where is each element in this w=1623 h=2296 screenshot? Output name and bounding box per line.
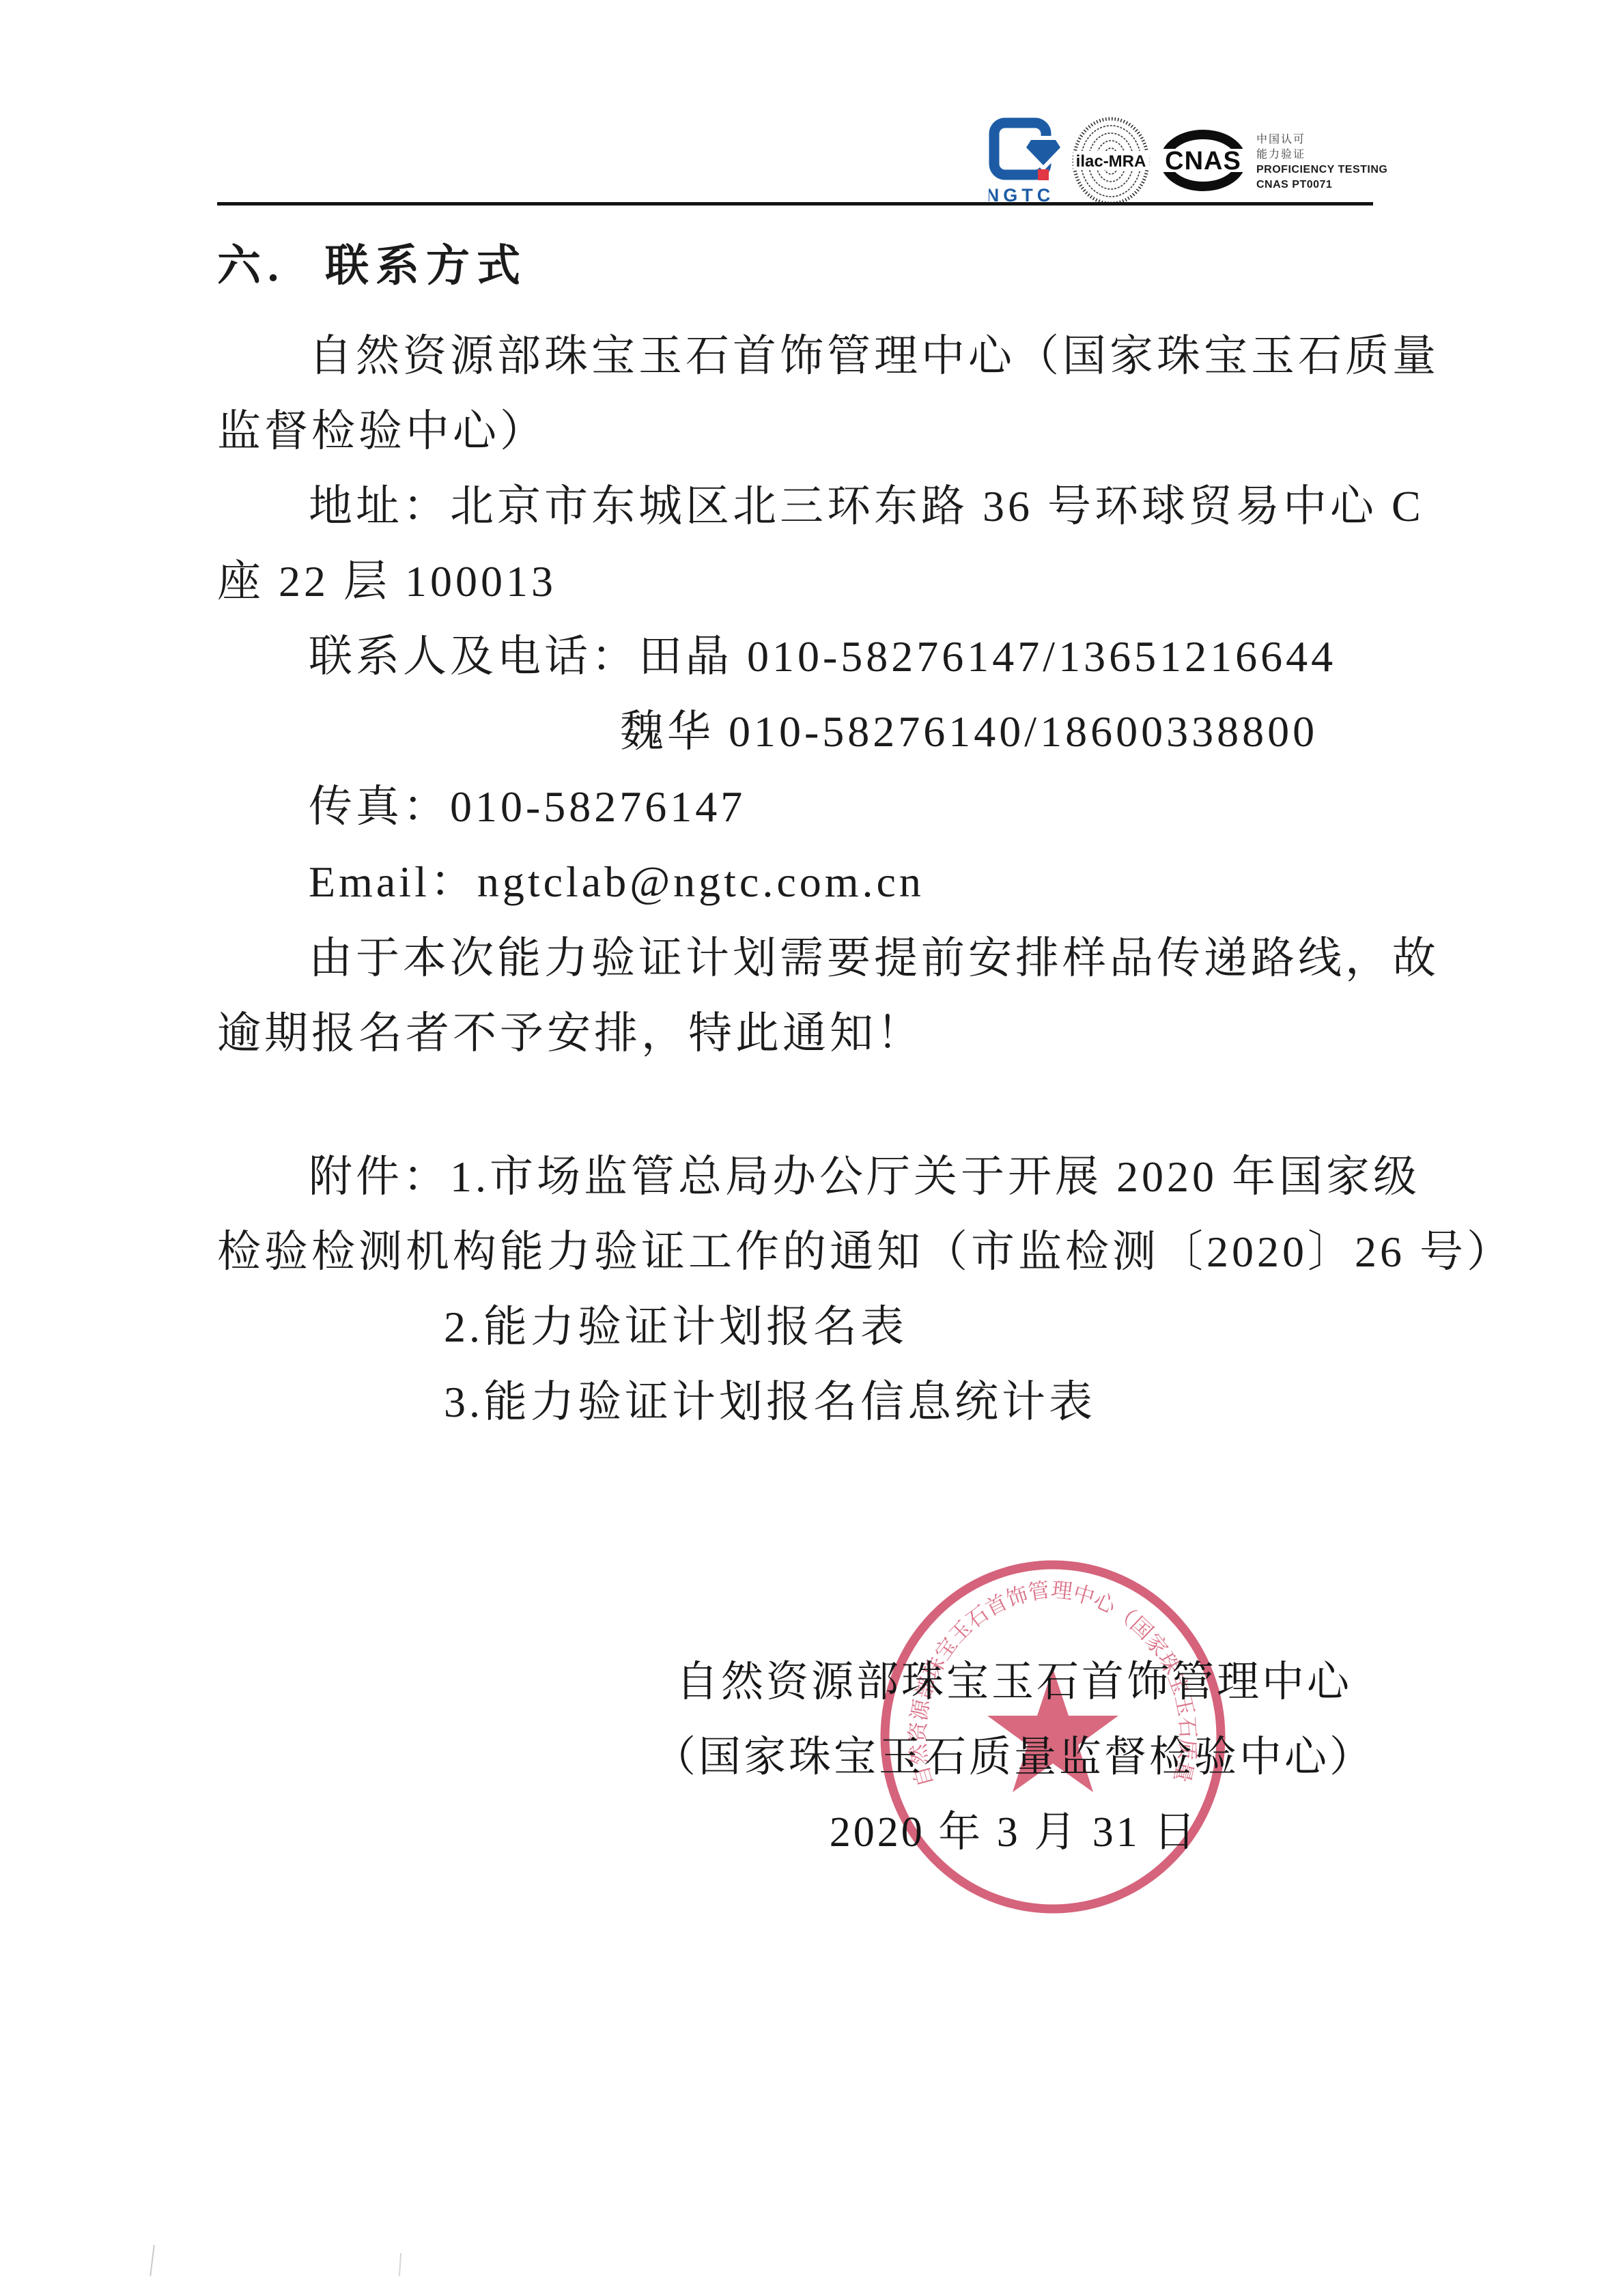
- address-line1: 地址：北京市东城区北三环东路 36 号环球贸易中心 C: [309, 471, 1424, 534]
- section-title: 联系方式: [325, 242, 527, 290]
- attachment-line3: 2.能力验证计划报名表: [444, 1292, 907, 1355]
- address-line2: 座 22 层 100013: [217, 546, 556, 609]
- accreditation-line-en2: CNAS PT0071: [1256, 178, 1434, 193]
- cnas-logo: CNAS: [1161, 126, 1246, 195]
- ngtc-logo: NGTC: [989, 117, 1065, 206]
- signature-date: 2020 年 3 月 31 日: [615, 1808, 1413, 1883]
- email-line: Email：ngtclab@ngtc.com.cn: [309, 847, 925, 909]
- contact-phone-line2: 魏华 010-58276140/18600338800: [620, 696, 1318, 759]
- signature-org-name2: （国家珠宝玉石质量监督检验中心）: [615, 1733, 1413, 1808]
- notice-line1: 由于本次能力验证计划需要提前安排样品传递路线，故: [309, 923, 1439, 986]
- org-name-line1: 自然资源部珠宝玉石首饰管理中心（国家珠宝玉石质量: [309, 321, 1439, 384]
- attachment-line2: 检验检测机构能力验证工作的通知（市监检测〔2020〕26 号）: [217, 1217, 1514, 1279]
- accreditation-text-block: 中国认可 能力验证 PROFICIENCY TESTING CNAS PT007…: [1256, 132, 1434, 193]
- cnas-logo-label: CNAS: [1165, 147, 1241, 175]
- attachment-line4: 3.能力验证计划报名信息统计表: [444, 1367, 1096, 1430]
- contact-phone-line1: 联系人及电话：田晶 010-58276147/13651216644: [309, 621, 1336, 684]
- ilac-mra-logo-label: ilac-MRA: [1076, 152, 1146, 171]
- ilac-mra-logo: ilac-MRA: [1072, 116, 1151, 206]
- header-divider: [217, 202, 1373, 205]
- section-heading: 六.联系方式: [217, 231, 527, 294]
- scan-artifact: [399, 2253, 401, 2276]
- fax-line: 传真：010-58276147: [309, 771, 746, 834]
- attachment-line1: 附件：1.市场监管总局办公厅关于开展 2020 年国家级: [309, 1142, 1420, 1204]
- accreditation-line-en1: PROFICIENCY TESTING: [1256, 162, 1434, 178]
- notice-line2: 逾期报名者不予安排，特此通知！: [217, 998, 924, 1061]
- scan-artifact: [150, 2245, 155, 2276]
- signature-block: 自然资源部珠宝玉石首饰管理中心 （国家珠宝玉石质量监督检验中心） 2020 年 …: [615, 1658, 1413, 1883]
- accreditation-line-cn1: 中国认可: [1256, 132, 1434, 147]
- accreditation-line-cn2: 能力验证: [1256, 147, 1434, 162]
- org-name-line2: 监督检验中心）: [217, 396, 547, 459]
- section-number: 六.: [217, 242, 285, 290]
- signature-org-name: 自然资源部珠宝玉石首饰管理中心: [615, 1658, 1413, 1733]
- document-page: NGTC ilac-MRA CNAS 中国认可 能力验证 PROFICIENCY…: [0, 0, 1623, 2296]
